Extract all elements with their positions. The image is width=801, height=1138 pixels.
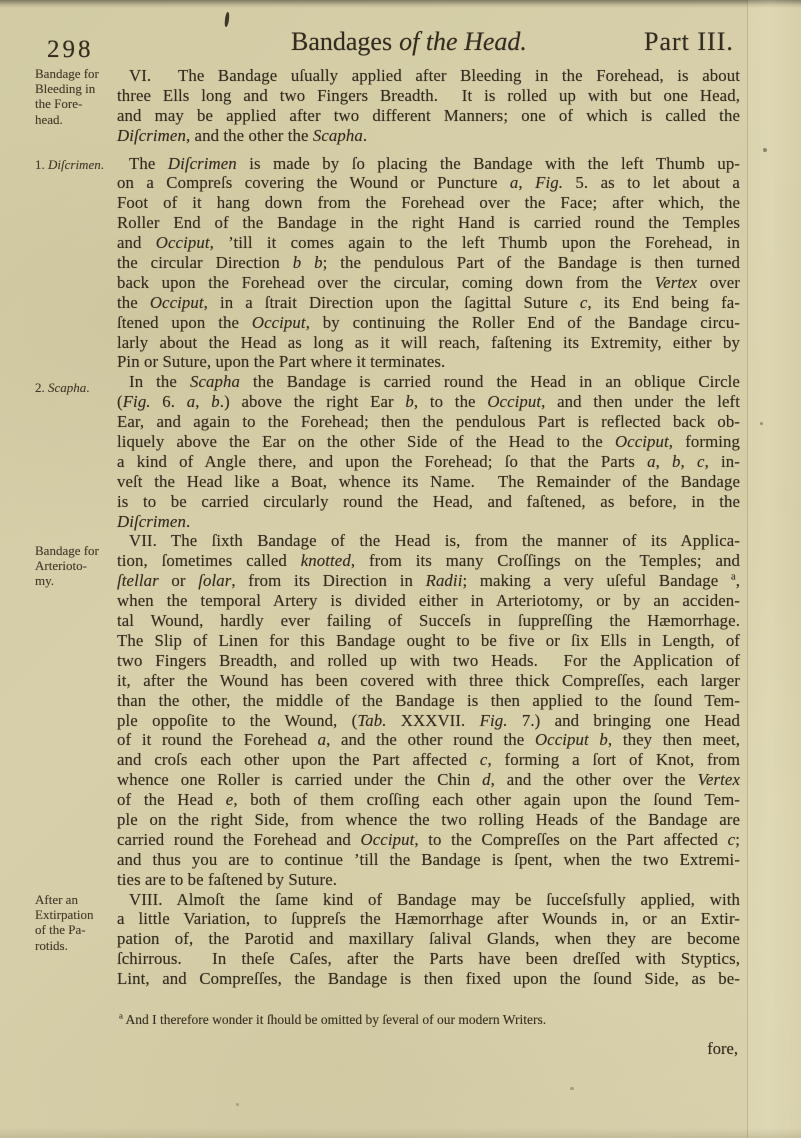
- margin-note: After anExtirpationof the Pa-rotids.: [35, 892, 121, 953]
- text-line: on a Compreſs covering the Wound or Punc…: [117, 173, 740, 193]
- text-line: Foot of it hang down from the Forehead o…: [117, 193, 740, 213]
- text-line: ties are to be faſtened by Suture.: [117, 870, 740, 890]
- paragraph-section-vii: VII. The ſixth Bandage of the Head is, f…: [117, 531, 740, 889]
- paragraph-scapha: In the Scapha the Bandage is carried rou…: [117, 372, 740, 531]
- text-line: is to be carried circularly round the He…: [117, 492, 740, 512]
- text-line: whence one Roller is carried under the C…: [117, 770, 740, 790]
- text-line: and thus you are to continue ’till the B…: [117, 850, 740, 870]
- text-line: and Occiput, ’till it comes again to the…: [117, 233, 740, 253]
- text-line: when the temporal Artery is divided eith…: [117, 591, 740, 611]
- text-line: ſtened upon the Occiput, by continuing t…: [117, 313, 740, 333]
- margin-note-line: head.: [35, 112, 121, 127]
- text-line: two Fingers Breadth, and rolled up with …: [117, 651, 740, 671]
- text-line: liquely above the Ear on the other Side …: [117, 432, 740, 452]
- paragraph-section-vi: VI. The Bandage uſually applied after Bl…: [117, 66, 740, 146]
- text-line: ple oppoſite to the Wound, (Tab. XXXVII.…: [117, 711, 740, 731]
- margin-note-line: my.: [35, 573, 121, 588]
- text-line: tal Wound, hardly ever failing of Succeſ…: [117, 611, 740, 631]
- text-line: a kind of Angle there, and upon the Fore…: [117, 452, 740, 472]
- text-line: Diſcrimen.: [117, 512, 740, 532]
- text-line: the circular Direction b b; the pendulou…: [117, 253, 740, 273]
- margin-note: 1. Diſcrimen.: [35, 157, 121, 172]
- paragraph-section-viii: VIII. Almoſt the ſame kind of Bandage ma…: [117, 890, 740, 989]
- text-line: pation of, the Parotid and maxillary ſal…: [117, 929, 740, 949]
- margin-note-line: Extirpation: [35, 907, 121, 922]
- text-line: carried round the Forehead and Occiput, …: [117, 830, 740, 850]
- text-line: three Ells long and two Fingers Breadth.…: [117, 86, 740, 106]
- paragraph-discrimen: The Diſcrimen is made by ſo placing the …: [117, 154, 740, 373]
- margin-note-line: Bandage for: [35, 543, 121, 558]
- text-line: VI. The Bandage uſually applied after Bl…: [117, 66, 740, 86]
- margin-note-line: the Fore-: [35, 96, 121, 111]
- running-title: Bandagesof the Head.: [291, 27, 527, 57]
- text-line: The Diſcrimen is made by ſo placing the …: [117, 154, 740, 174]
- text-line: the Occiput, in a ſtrait Direction upon …: [117, 293, 740, 313]
- running-title-italic: of the Head.: [399, 27, 527, 56]
- margin-note-line: of the Pa-: [35, 922, 121, 937]
- text-line: Lint, and Compreſſes, the Bandage is the…: [117, 969, 740, 989]
- text-line: Pin or Suture, upon the Part where it te…: [117, 352, 740, 372]
- text-line: (Fig. 6. a, b.) above the right Ear b, t…: [117, 392, 740, 412]
- text-line: a little Variation, to ſuppreſs the Hæmo…: [117, 909, 740, 929]
- text-line: ſchirrous. In theſe Caſes, after the Par…: [117, 949, 740, 969]
- page-edge-crease: [747, 0, 801, 1138]
- text-line: The Slip of Linen for this Bandage ought…: [117, 631, 740, 651]
- text-line: VII. The ſixth Bandage of the Head is, f…: [117, 531, 740, 551]
- book-page-scan: 298 Bandagesof the Head. Part III. Banda…: [0, 0, 801, 1138]
- text-line: Diſcrimen, and the other the Scapha.: [117, 126, 740, 146]
- text-line: tion, ſometimes called knotted, from its…: [117, 551, 740, 571]
- margin-notes-column: Bandage forBleeding inthe Fore-head.1. D…: [0, 0, 117, 1138]
- margin-note: Bandage forBleeding inthe Fore-head.: [35, 66, 121, 127]
- text-line: and croſs each other upon the Part affec…: [117, 750, 740, 770]
- margin-note-line: 1. Diſcrimen.: [35, 157, 121, 172]
- text-line: veſt the Head like a Boat, whence its Na…: [117, 472, 740, 492]
- paper-speck: [763, 148, 767, 152]
- margin-note-line: After an: [35, 892, 121, 907]
- text-line: and may be applied after two different M…: [117, 106, 740, 126]
- text-line: Roller End of the Bandage in the right H…: [117, 213, 740, 233]
- ink-speck: [224, 12, 230, 27]
- text-line: In the Scapha the Bandage is carried rou…: [117, 372, 740, 392]
- running-title-roman: Bandages: [291, 27, 392, 56]
- text-line: ſtellar or ſolar, from its Direction in …: [117, 571, 740, 591]
- margin-note: Bandage forArterioto-my.: [35, 543, 121, 589]
- text-line: larly about the Head as long as it will …: [117, 333, 740, 353]
- text-line: back upon the Forehead over the circular…: [117, 273, 740, 293]
- margin-note-line: Bleeding in: [35, 81, 121, 96]
- paper-speck: [760, 422, 763, 425]
- catchword: fore,: [707, 1039, 738, 1059]
- scan-edge-bottom: [0, 1128, 801, 1138]
- margin-note: 2. Scapha.: [35, 380, 121, 395]
- margin-note-line: Arterioto-: [35, 558, 121, 573]
- margin-note-line: rotids.: [35, 938, 121, 953]
- text-line: than the other, the middle of the Bandag…: [117, 691, 740, 711]
- paper-speck: [236, 1103, 239, 1106]
- margin-note-line: Bandage for: [35, 66, 121, 81]
- scan-edge-top: [0, 0, 801, 8]
- body-text: VI. The Bandage uſually applied after Bl…: [117, 66, 740, 989]
- text-line: VIII. Almoſt the ſame kind of Bandage ma…: [117, 890, 740, 910]
- text-line: of the Head e, both of them croſſing eac…: [117, 790, 740, 810]
- text-line: ple on the right Side, from whence the t…: [117, 810, 740, 830]
- text-line: it, after the Wound has been covered wit…: [117, 671, 740, 691]
- footnote: a And I therefore wonder it ſhould be om…: [119, 1012, 679, 1028]
- part-label: Part III.: [644, 27, 734, 57]
- text-line: of it round the Forehead a, and the othe…: [117, 730, 740, 750]
- text-line: Ear, and again to the Forehead; then the…: [117, 412, 740, 432]
- paper-speck: [570, 1087, 574, 1090]
- margin-note-line: 2. Scapha.: [35, 380, 121, 395]
